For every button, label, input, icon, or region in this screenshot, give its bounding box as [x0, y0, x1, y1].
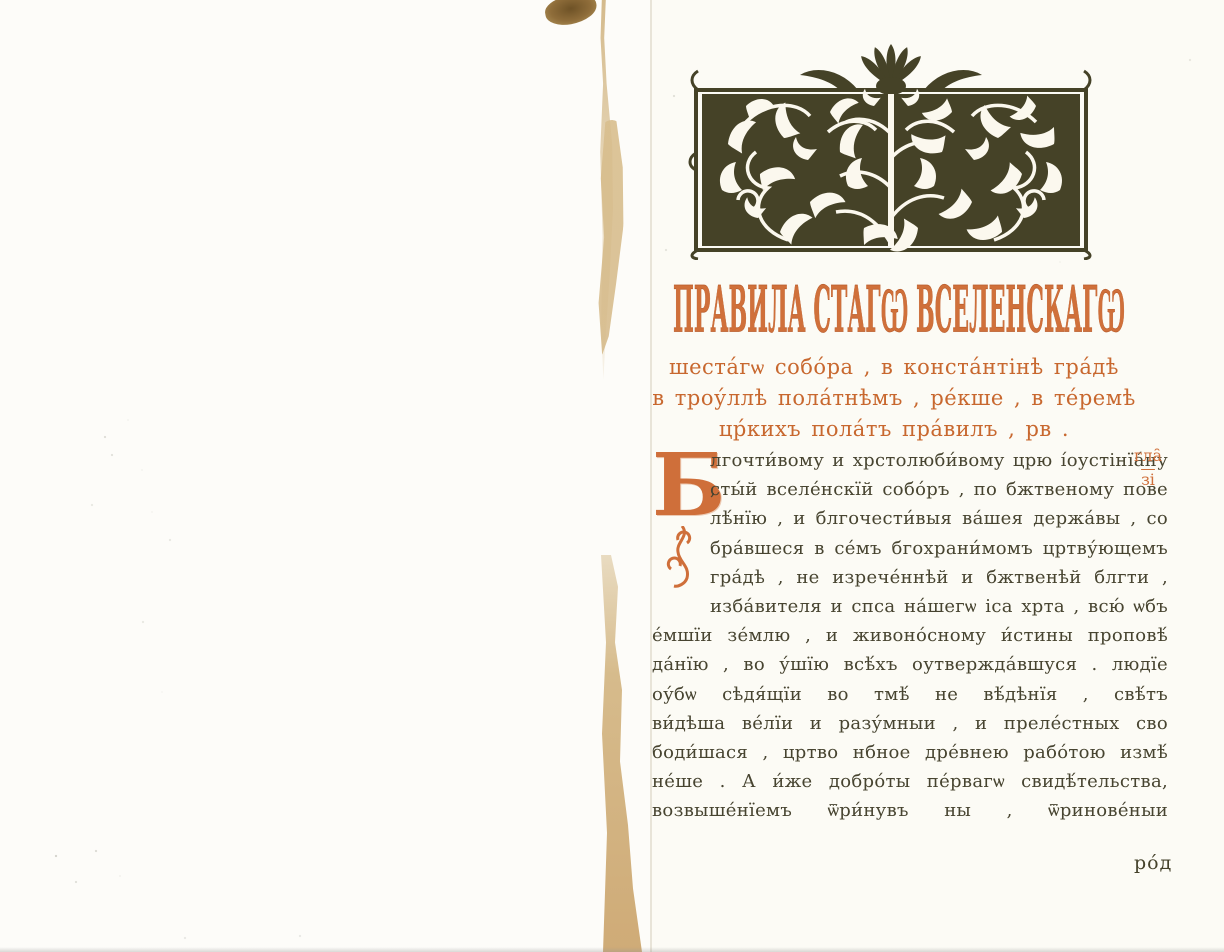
vyaz-title: ПРАВИЛА СТАГѠ ВСЕЛЕНСКАГѠ — [670, 270, 1132, 350]
body-line: бра́вшеся в се́мъ бгохрани́момъ цртву́ющ… — [652, 534, 1168, 563]
body-line: лгочти́вому и хрстолюби́вому црю і́оусті… — [652, 446, 1168, 475]
body-line: сты́й вселе́нскїй собо́ръ , по бжтвеному… — [652, 475, 1168, 504]
body-lines: лгочти́вому и хрстолюби́вому црю і́оусті… — [652, 446, 1168, 825]
body-line: лѣ́нїю , и блгочести́выя ва́шея держа́вы… — [652, 504, 1168, 533]
printed-recto-page: ПРАВИЛА СТАГѠ ВСЕЛЕНСКАГѠ шеста́гѡ собо́… — [650, 0, 1224, 952]
scan-bottom-edge — [0, 947, 1224, 952]
page-fold-edge — [650, 0, 652, 952]
subtitle-line: в троу́ллѣ пола́тнѣмъ , ре́кше , в те́ре… — [652, 383, 1136, 414]
body-line: боди́шася , цртво нбное дре́внею рабо́то… — [652, 738, 1168, 767]
catchword: ро́д — [1134, 852, 1172, 874]
chapter-label: гла̑ — [1126, 444, 1170, 468]
body-text-block: Б лгочти́вому и хрстолюби́вому црю і́оус… — [652, 446, 1168, 825]
body-line: не́ше . А и́же добро́ты пе́рвагѡ свидѣ́т… — [652, 767, 1168, 796]
subtitle-line: шеста́гѡ собо́ра , в конста́нтінѣ гра́дѣ — [652, 352, 1136, 383]
body-line: да́нїю , во у́шїю всѣ́хъ оутвержда́вшуся… — [652, 650, 1168, 679]
subtitle-block: шеста́гѡ собо́ра , в конста́нтінѣ гра́дѣ… — [652, 352, 1136, 445]
body-line: оу́бѡ сѣдя́щїи во тмѣ́ не вѣ́дѣнїя , свѣ… — [652, 680, 1168, 709]
gutter-stain-lower — [598, 555, 648, 952]
body-line: е́мшїи зе́млю , и живоно́сному и́стины п… — [652, 621, 1168, 650]
chapter-number: зі — [1126, 468, 1170, 492]
headpiece-crest — [800, 44, 982, 95]
drop-cap-letter: Б — [652, 446, 710, 526]
body-line: возвыше́нїемъ ѿри́нувъ ны , ѿринове́ныи — [652, 796, 1168, 825]
page-scan: ПРАВИЛА СТАГѠ ВСЕЛЕНСКАГѠ шеста́гѡ собо́… — [0, 0, 1224, 952]
body-line: ви́дѣша ве́лїи и разу́мныи , и преле́стн… — [652, 709, 1168, 738]
blank-verso-page — [0, 0, 600, 952]
drop-cap-box: Б — [652, 446, 710, 593]
vyaz-title-text: ПРАВИЛА СТАГѠ ВСЕЛЕНСКАГѠ — [673, 273, 1125, 347]
headpiece-woodcut — [688, 40, 1094, 260]
body-line: изба́вителя и спса на́шегѡ іса хрта , вс… — [652, 592, 1168, 621]
margin-chapter-note: гла̑ зі — [1126, 444, 1170, 492]
body-line: гра́дѣ , не изрече́ннѣй и бжтвенѣй блгти… — [652, 563, 1168, 592]
